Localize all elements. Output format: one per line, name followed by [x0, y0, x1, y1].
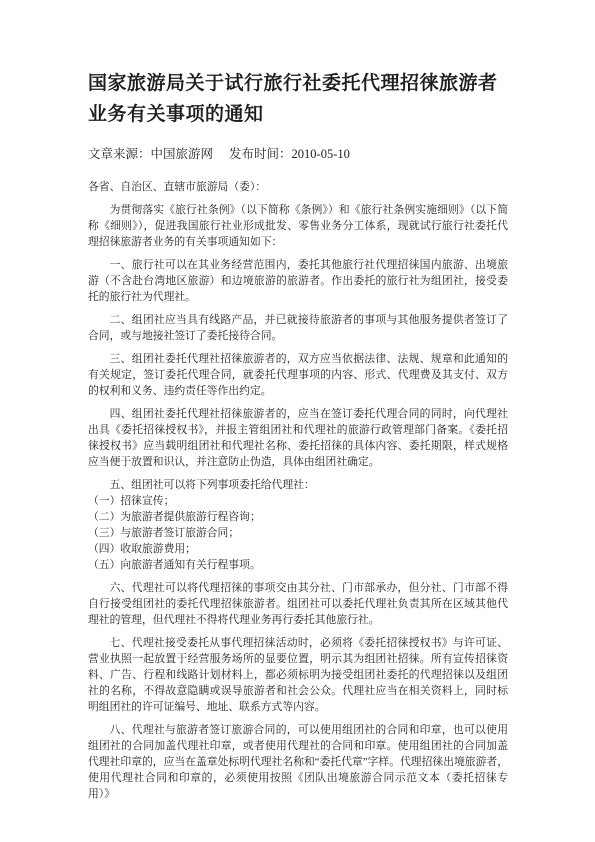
list-item: （三）与旅游者签订旅游合同；: [88, 525, 508, 541]
intro-paragraph: 为贯彻落实《旅行社条例》（以下简称《条例》）和《旅行社条例实施细则》（以下简称《…: [88, 202, 508, 250]
document-page: 国家旅游局关于试行旅行社委托代理招徕旅游者业务有关事项的通知 文章来源：中国旅游…: [0, 0, 595, 842]
document-title: 国家旅游局关于试行旅行社委托代理招徕旅游者业务有关事项的通知: [88, 68, 508, 130]
paragraph-item-1: 一、旅行社可以在其业务经营范围内，委托其他旅行社代理招徕国内旅游、出境旅游（不含…: [88, 257, 508, 305]
paragraph-item-6: 六、代理社可以将代理招徕的事项交由其分社、门市部承办，但分社、门市部不得自行接受…: [88, 580, 508, 628]
source-label: 文章来源：: [88, 147, 151, 161]
paragraph-item-4: 四、组团社委托代理社招徕旅游者的，应当在签订委托代理合同的同时，向代理社出具《委…: [88, 406, 508, 470]
salutation: 各省、自治区、直辖市旅游局（委）：: [88, 179, 508, 195]
list-item: （五）向旅游者通知有关行程事项。: [88, 557, 508, 573]
list-item: （一）招徕宣传；: [88, 493, 508, 509]
list-item: （四）收取旅游费用；: [88, 541, 508, 557]
publish-date-label: 发布时间：: [229, 147, 292, 161]
paragraph-item-8: 八、代理社与旅游者签订旅游合同的，可以使用组团社的合同和印章，也可以使用组团社的…: [88, 722, 508, 802]
paragraph-item-7: 七、代理社接受委托从事代理招徕活动时，必须将《委托招徕授权书》与许可证、营业执照…: [88, 635, 508, 715]
source-value: 中国旅游网: [151, 147, 214, 161]
document-meta: 文章来源：中国旅游网发布时间：2010-05-10: [88, 146, 508, 163]
paragraph-item-2: 二、组团社应当具有线路产品，并已就接待旅游者的事项与其他服务提供者签订了合同，或…: [88, 312, 508, 344]
document-body: 各省、自治区、直辖市旅游局（委）： 为贯彻落实《旅行社条例》（以下简称《条例》）…: [88, 179, 508, 802]
paragraph-item-5: 五、组团社可以将下列事项委托给代理社：: [88, 477, 508, 493]
publish-date-value: 2010-05-10: [292, 147, 350, 161]
paragraph-item-3: 三、组团社委托代理社招徕旅游者的，双方应当依据法律、法规、规章和此通知的有关规定…: [88, 351, 508, 399]
list-item: （二）为旅游者提供旅游行程咨询；: [88, 509, 508, 525]
